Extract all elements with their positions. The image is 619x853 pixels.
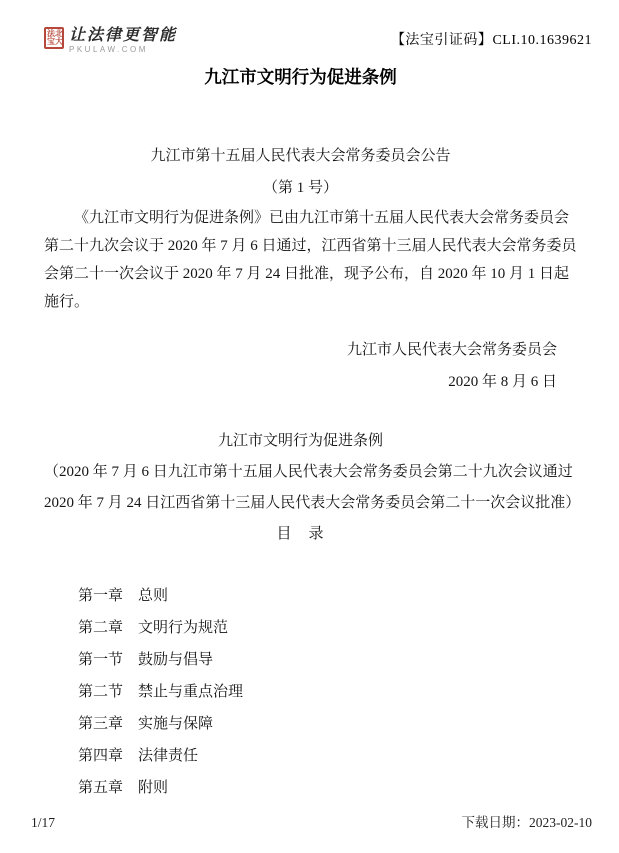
toc-title: 实施与保障 [138,716,213,732]
document-page: 法 北 宝 大 让法律更智能 PKULAW.COM 【法宝引证码】CLI.10.… [0,0,619,853]
pkulaw-logo: 法 北 宝 大 让法律更智能 PKULAW.COM [44,27,177,54]
download-date-value: 2023-02-10 [529,815,592,830]
toc-item: 第二章文明行为规范 [44,612,557,644]
toc-label: 第二节 [78,684,123,700]
law-adoption-line: （2020 年 7 月 6 日九江市第十五届人民代表大会常务委员会第二十九次会议… [44,457,557,488]
document-content: 九江市第十五届人民代表大会常务委员会公告 （第 1 号） 《九江市文明行为促进条… [44,140,557,804]
toc-label: 第一节 [78,652,123,668]
toc-label: 第二章 [78,620,123,636]
document-title: 九江市文明行为促进条例 [44,64,557,89]
toc-item: 第一章总则 [44,580,557,612]
toc-item: 第五章附则 [44,772,557,804]
announcement-number-line: （第 1 号） [44,172,557,204]
logo-text: 让法律更智能 PKULAW.COM [69,27,177,54]
paragraph-line: 《九江市文明行为促进条例》已由九江市第十五届人民代表大会常务委员会 [44,204,557,232]
announcement-paragraph: 《九江市文明行为促进条例》已由九江市第十五届人民代表大会常务委员会 第二十九次会… [44,204,557,316]
toc-title: 附则 [138,780,168,796]
toc-title: 法律责任 [138,748,198,764]
download-date: 下载日期：2023-02-10 [462,811,593,831]
toc-title: 总则 [138,588,168,604]
toc-title: 鼓励与倡导 [138,652,213,668]
seal-char: 宝 [47,38,55,46]
signature-org: 九江市人民代表大会常务委员会 [44,334,557,366]
toc-item: 第三章实施与保障 [44,708,557,740]
law-adoption-line: 2020 年 7 月 24 日江西省第十三届人民代表大会常务委员会第二十一次会议… [44,488,557,519]
paragraph-line: 会第二十一次会议于 2020 年 7 月 24 日批准，现予公布，自 2020 … [44,260,557,288]
toc-item: 第四章法律责任 [44,740,557,772]
pkulaw-seal-icon: 法 北 宝 大 [44,27,64,49]
seal-char: 大 [55,38,63,46]
logo-tagline: 让法律更智能 [69,27,177,44]
law-block: 九江市文明行为促进条例 （2020 年 7 月 6 日九江市第十五届人民代表大会… [44,426,557,550]
toc-title: 禁止与重点治理 [138,684,243,700]
logo-domain: PKULAW.COM [69,45,177,54]
citation-label: 【法宝引证码】 [391,33,493,48]
download-date-label: 下载日期： [462,815,530,830]
page-indicator: 1/17 [31,815,55,831]
toc-heading: 目 录 [44,519,557,550]
citation-value: CLI.10.1639621 [492,33,592,48]
toc-item: 第一节鼓励与倡导 [44,644,557,676]
announcement-org-line: 九江市第十五届人民代表大会常务委员会公告 [44,140,557,172]
toc-label: 第三章 [78,716,123,732]
citation-code: 【法宝引证码】CLI.10.1639621 [391,29,592,49]
table-of-contents: 第一章总则 第二章文明行为规范 第一节鼓励与倡导 第二节禁止与重点治理 第三章实… [44,580,557,804]
toc-label: 第五章 [78,780,123,796]
signature-date: 2020 年 8 月 6 日 [44,366,557,398]
law-title: 九江市文明行为促进条例 [44,426,557,457]
signature-block: 九江市人民代表大会常务委员会 2020 年 8 月 6 日 [44,334,557,398]
toc-title: 文明行为规范 [138,620,228,636]
toc-item: 第二节禁止与重点治理 [44,676,557,708]
paragraph-line: 第二十九次会议于 2020 年 7 月 6 日通过，江西省第十三届人民代表大会常… [44,232,557,260]
toc-label: 第一章 [78,588,123,604]
toc-label: 第四章 [78,748,123,764]
paragraph-line: 施行。 [44,288,557,316]
